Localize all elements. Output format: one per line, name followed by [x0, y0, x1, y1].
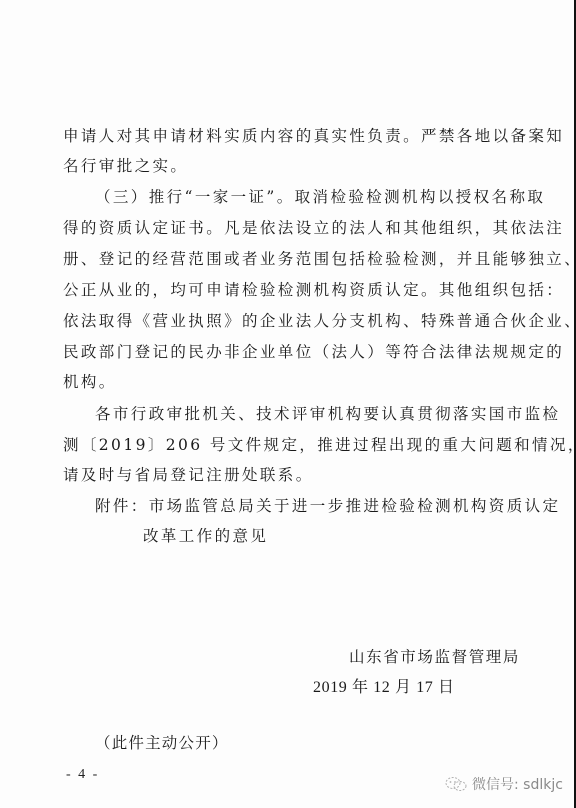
- paragraph-line: 依法取得《营业执照》的企业法人分支机构、特殊普通合伙企业、: [63, 311, 576, 331]
- paragraph-line: 申请人对其申请材料实质内容的真实性负责。严禁各地以备案知: [63, 126, 564, 146]
- issuing-authority: 山东省市场监督管理局: [349, 647, 520, 667]
- wechat-icon: [444, 776, 468, 792]
- wechat-id-text: 微信号: sdlkjc: [472, 774, 563, 794]
- paragraph-line: 名行审批之实。: [63, 156, 188, 176]
- section-heading-line: （三）推行“一家一证”。取消检验检测机构以授权名称取: [95, 187, 545, 207]
- issue-date: 2019 年 12 月 17 日: [313, 678, 455, 698]
- paragraph-line: 各市行政审批机关、技术评审机构要认真贯彻落实国市监检: [95, 404, 560, 424]
- attachment-title: 市场监管总局关于进一步推进检验检测机构资质认定: [149, 497, 561, 515]
- disclosure-note: （此件主动公开）: [95, 733, 229, 753]
- attachment-entry: 附件：市场监管总局关于进一步推进检验检测机构资质认定: [95, 496, 560, 516]
- attachment-label: 附件：: [95, 497, 149, 515]
- paragraph-line: 民政部门登记的民办非企业单位（法人）等符合法律法规规定的: [63, 342, 564, 362]
- wechat-watermark: 微信号: sdlkjc: [444, 774, 563, 794]
- page-number: - 4 -: [66, 767, 99, 783]
- attachment-title-continued: 改革工作的意见: [143, 526, 268, 546]
- document-page: 申请人对其申请材料实质内容的真实性负责。严禁各地以备案知 名行审批之实。 （三）…: [0, 0, 576, 808]
- paragraph-line: 请及时与省局登记注册处联系。: [63, 465, 314, 485]
- paragraph-line: 测〔2019〕206 号文件规定，推进过程出现的重大问题和情况，: [63, 435, 576, 455]
- paragraph-line: 机构。: [63, 372, 117, 392]
- paragraph-line: 得的资质认定证书。凡是依法设立的法人和其他组织，其依法注: [63, 218, 564, 238]
- paragraph-line: 公正从业的，均可申请检验检测机构资质认定。其他组织包括：: [63, 280, 564, 300]
- paragraph-line: 册、登记的经营范围或者业务范围包括检验检测，并且能够独立、: [63, 249, 576, 269]
